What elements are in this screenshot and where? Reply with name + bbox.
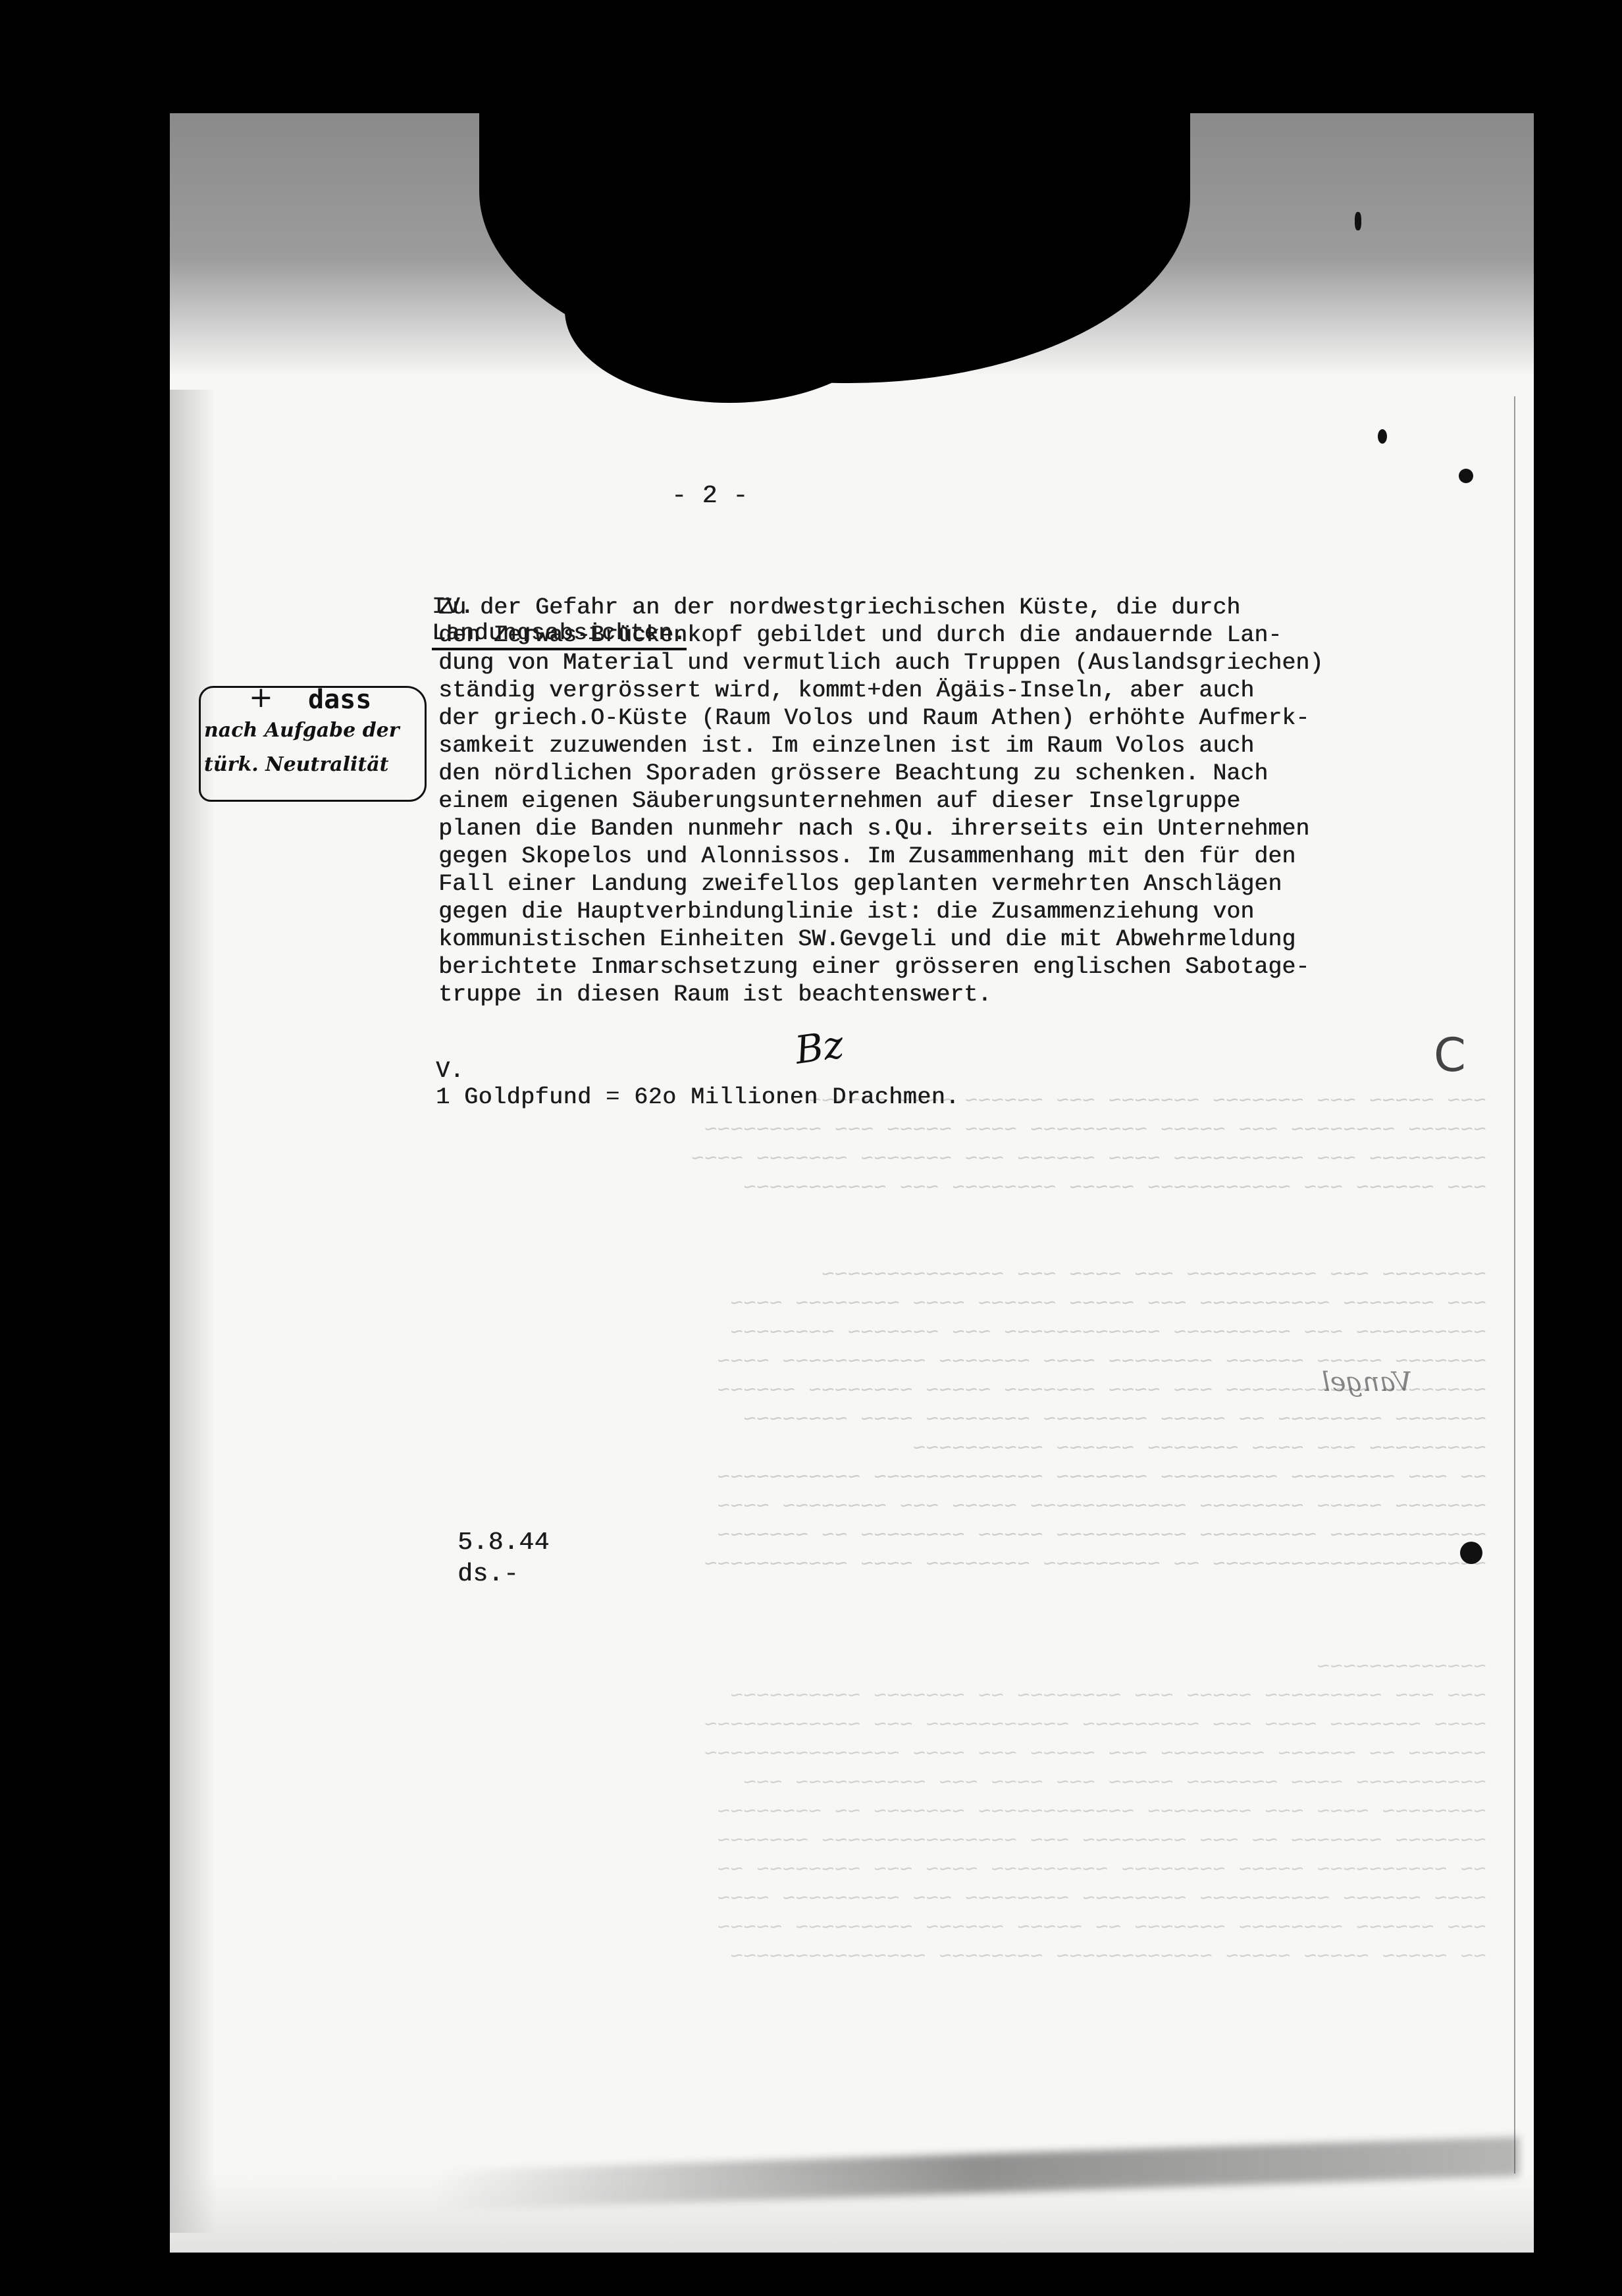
section-iv-body: Zu der Gefahr an der nordwestgriechische… <box>438 594 1323 1008</box>
margin-annotation-typed: dass <box>308 685 371 715</box>
body-line: samkeit zuzuwenden ist. Im einzelnen ist… <box>438 732 1323 760</box>
body-line: truppe in diesen Raum ist beachtenswert. <box>438 981 1323 1008</box>
body-line: einem eigenen Säuberungsunternehmen auf … <box>438 787 1323 815</box>
body-line: Zu der Gefahr an der nordwestgriechische… <box>438 594 1323 621</box>
margin-annotation-handwritten-2: türk. Neutralität <box>204 753 389 776</box>
margin-annotation-handwritten-1: nach Aufgabe der <box>204 719 400 742</box>
bottom-fade <box>170 2174 1534 2253</box>
body-line: den nördlichen Sporaden grössere Beachtu… <box>438 760 1323 787</box>
section-v-numeral: V. <box>436 1058 464 1084</box>
scan-dark-blob-tail <box>565 311 894 403</box>
ink-speck <box>1355 212 1361 230</box>
document-page: ~~~ ~~~~~ ~~~ ~~~~~~~ ~~~~~~~ ~~~ ~~~~~~… <box>170 113 1534 2253</box>
body-line: ständig vergrössert wird, kommt+den Ägäi… <box>438 677 1323 704</box>
body-line: den Zerwas-Brückenkopf gebildet und durc… <box>438 621 1323 649</box>
left-edge-stain <box>170 390 216 2233</box>
body-line: gegen die Hauptverbindunglinie ist: die … <box>438 898 1323 926</box>
section-v: V. 1 Goldpfund = 62o Millionen Drachmen. <box>379 1031 960 1137</box>
page-number: - 2 - <box>671 482 748 510</box>
body-line: der griech.O-Küste (Raum Volos und Raum … <box>438 704 1323 732</box>
right-margin-line <box>1514 396 1515 2174</box>
body-line: Fall einer Landung zweifellos geplanten … <box>438 870 1323 898</box>
body-line: planen die Banden nunmehr nach s.Qu. ihr… <box>438 815 1323 843</box>
insertion-mark: + <box>249 681 273 714</box>
bleed-through-text-lower: ~~~~~~~~~~~~~ ~~~ ~~~ ~~~~~~~~~ ~~~~~ ~~… <box>222 1654 1486 1972</box>
bleed-through-text: ~~~ ~~~~~ ~~~ ~~~~~~~ ~~~~~~~ ~~~ ~~~~~~… <box>222 1087 1486 1580</box>
body-line: dung von Material und vermutlich auch Tr… <box>438 649 1323 677</box>
ink-speck <box>1459 469 1473 483</box>
body-line: berichtete Inmarschsetzung einer grösser… <box>438 953 1323 981</box>
ink-blot <box>1460 1542 1482 1564</box>
ink-speck <box>1378 429 1387 444</box>
handwritten-initials: Bz <box>793 1022 847 1073</box>
body-line: kommunistischen Einheiten SW.Gevgeli und… <box>438 926 1323 953</box>
body-line: gegen Skopelos und Alonnissos. Im Zusamm… <box>438 843 1323 870</box>
bleed-through-handwriting: Vangel <box>1322 1367 1412 1397</box>
document-date: 5.8.44 <box>458 1528 550 1557</box>
c-stamp-mark: C <box>1434 1028 1466 1082</box>
document-initials: ds.- <box>458 1560 519 1588</box>
section-v-text: 1 Goldpfund = 62o Millionen Drachmen. <box>436 1084 960 1110</box>
